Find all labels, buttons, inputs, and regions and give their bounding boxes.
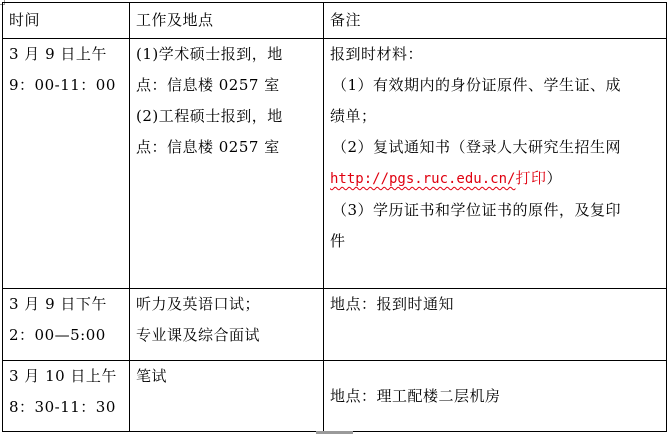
header-work-location: 工作及地点 bbox=[130, 3, 324, 39]
notes-item-1-cont: 绩单； bbox=[330, 101, 666, 132]
close-paren: ） bbox=[546, 169, 562, 187]
time-range: 2：00—5:00 bbox=[9, 320, 129, 351]
work-cell: (1)学术硕士报到，地 点：信息楼 0257 室 (2)工程硕士报到，地 点：信… bbox=[130, 39, 324, 289]
time-date: 3 月 10 日上午 bbox=[9, 361, 129, 392]
time-range: 9：00-11：00 bbox=[9, 70, 129, 101]
work-line: 专业课及综合面试 bbox=[136, 320, 323, 351]
table-row: 3 月 10 日上午 8：30-11：30 笔试 地点：理工配楼二层机房 bbox=[3, 361, 667, 432]
work-cell: 听力及英语口试； 专业课及综合面试 bbox=[130, 289, 324, 361]
link-tail-text: 打印 bbox=[515, 169, 546, 187]
notes-cell: 报到时材料： （1）有效期内的身份证原件、学生证、成 绩单； （2）复试通知书（… bbox=[324, 39, 667, 289]
time-cell: 3 月 10 日上午 8：30-11：30 bbox=[3, 361, 130, 432]
notes-item-3-cont: 件 bbox=[330, 226, 666, 257]
notes-item-2: （2）复试通知书（登录人大研究生招生网 bbox=[330, 132, 666, 163]
time-cell: 3 月 9 日上午 9：00-11：00 bbox=[3, 39, 130, 289]
time-date: 3 月 9 日下午 bbox=[9, 289, 129, 320]
work-line: (1)学术硕士报到，地 bbox=[136, 39, 323, 70]
table-header-row: 时间 工作及地点 备注 bbox=[3, 3, 667, 39]
notes-location: 地点：报到时通知 bbox=[330, 289, 666, 320]
time-date: 3 月 9 日上午 bbox=[9, 39, 129, 70]
work-line: 听力及英语口试； bbox=[136, 289, 323, 320]
header-notes: 备注 bbox=[324, 3, 667, 39]
work-cell: 笔试 bbox=[130, 361, 324, 432]
work-line: 点：信息楼 0257 室 bbox=[136, 70, 323, 101]
time-cell: 3 月 9 日下午 2：00—5:00 bbox=[3, 289, 130, 361]
table-row: 3 月 9 日上午 9：00-11：00 (1)学术硕士报到，地 点：信息楼 0… bbox=[3, 39, 667, 289]
header-time: 时间 bbox=[3, 3, 130, 39]
table-row: 3 月 9 日下午 2：00—5:00 听力及英语口试； 专业课及综合面试 地点… bbox=[3, 289, 667, 361]
notes-title: 报到时材料： bbox=[330, 39, 666, 70]
notes-cell: 地点：理工配楼二层机房 bbox=[324, 361, 667, 432]
time-range: 8：30-11：30 bbox=[9, 392, 129, 423]
admissions-link[interactable]: http://pgs.ruc.edu.cn/ bbox=[330, 171, 515, 187]
schedule-table: 时间 工作及地点 备注 3 月 9 日上午 9：00-11：00 (1)学术硕士… bbox=[2, 2, 667, 432]
notes-item-3: （3）学历证书和学位证书的原件，及复印 bbox=[330, 195, 666, 226]
notes-cell: 地点：报到时通知 bbox=[324, 289, 667, 361]
notes-item-2-link-line: http://pgs.ruc.edu.cn/打印） bbox=[330, 163, 666, 195]
work-line: 点：信息楼 0257 室 bbox=[136, 132, 323, 163]
work-line: 笔试 bbox=[136, 361, 323, 392]
work-line: (2)工程硕士报到，地 bbox=[136, 101, 323, 132]
notes-location: 地点：理工配楼二层机房 bbox=[330, 361, 666, 412]
notes-item-1: （1）有效期内的身份证原件、学生证、成 bbox=[330, 70, 666, 101]
